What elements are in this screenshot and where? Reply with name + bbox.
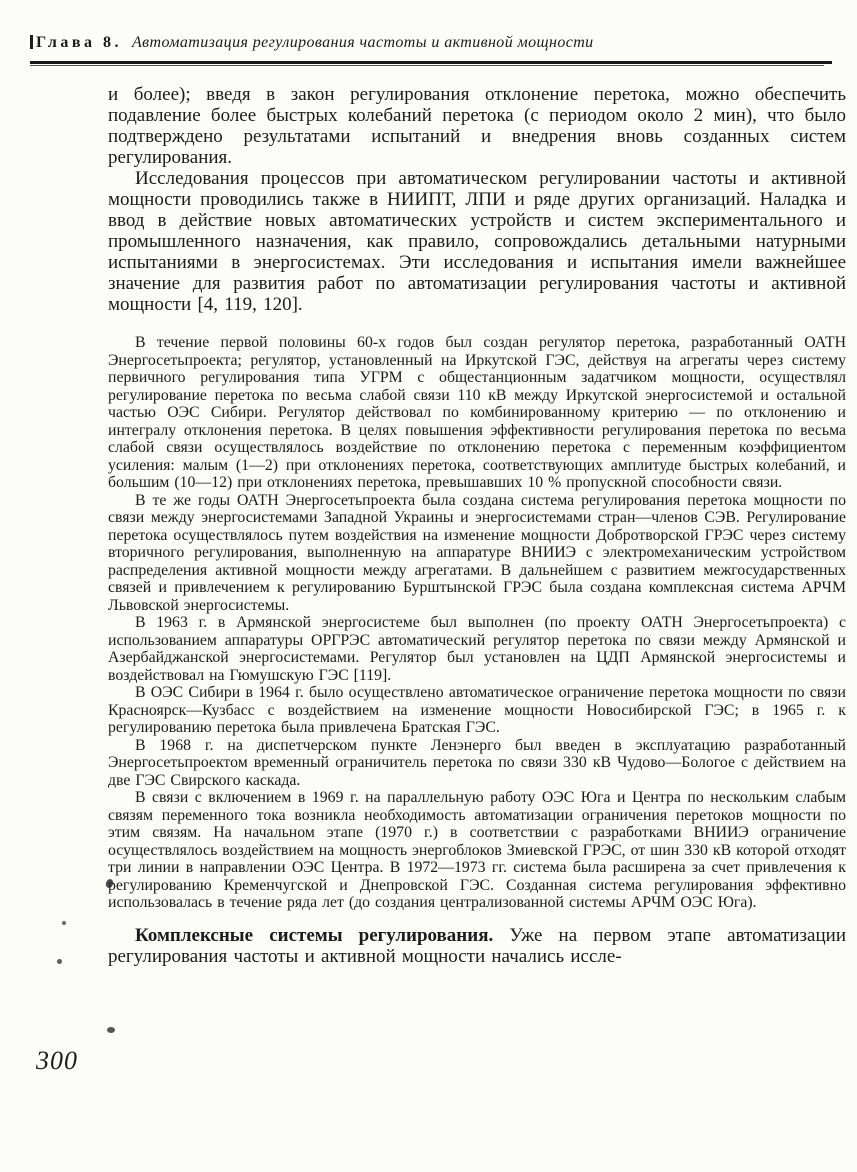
chapter-title: Автоматизация регулирования частоты и ак… <box>132 34 594 51</box>
paragraph: В течение первой половины 60-х годов был… <box>108 334 846 492</box>
paragraph: В 1968 г. на диспетчерском пункте Ленэне… <box>108 737 846 790</box>
scan-artifact-mark <box>30 35 33 49</box>
chapter-label: Глава 8. <box>36 34 122 51</box>
book-page: Глава 8.Автоматизация регулирования част… <box>0 0 857 1172</box>
paragraph: Исследования процессов при автоматическо… <box>108 168 846 315</box>
scan-speck <box>57 959 62 964</box>
run-in-heading: Комплексные системы регулирования. <box>135 925 493 946</box>
header-rule-thin <box>30 65 824 66</box>
header-rule-thick <box>30 61 832 64</box>
paragraph: В связи с включением в 1969 г. на паралл… <box>108 789 846 912</box>
scan-speck <box>107 1027 115 1033</box>
page-number: 300 <box>36 1046 78 1076</box>
scan-speck <box>62 921 66 925</box>
paragraph: и более); введя в закон регулирования от… <box>108 84 846 168</box>
paragraph: В 1963 г. в Армянской энергосистеме был … <box>108 614 846 684</box>
paragraph: В те же годы ОАТН Энергосетьпроекта была… <box>108 492 846 615</box>
running-head: Глава 8.Автоматизация регулирования част… <box>30 34 832 52</box>
text-column: и более); введя в закон регулирования от… <box>108 84 846 967</box>
paragraph: В ОЭС Сибири в 1964 г. было осуществлено… <box>108 684 846 737</box>
header-rule <box>30 61 832 66</box>
paragraph: Комплексные системы регулирования. Уже н… <box>108 925 846 967</box>
